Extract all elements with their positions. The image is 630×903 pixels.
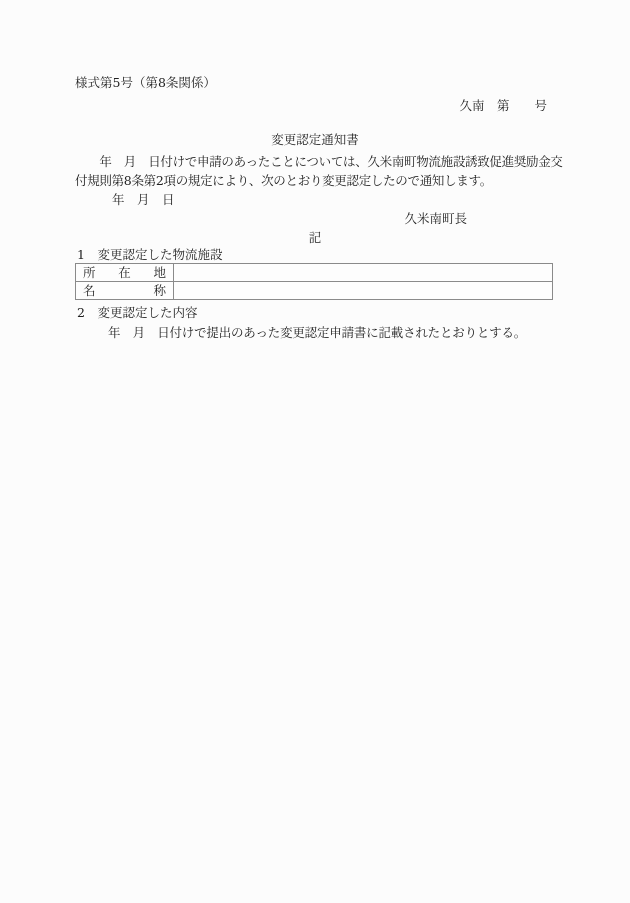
section1-heading: 1 変更認定した物流施設 xyxy=(77,248,222,262)
document-number-line: 久南 第 号 xyxy=(75,99,555,113)
location-label-cell: 所 在 地 xyxy=(76,264,174,282)
table-row-location: 所 在 地 xyxy=(76,264,553,282)
date-line: 年 月 日 xyxy=(112,193,175,207)
table-row-name: 名 称 xyxy=(76,282,553,300)
form-number-label: 様式第5号（第8条関係） xyxy=(75,76,216,90)
location-value-cell xyxy=(174,264,553,282)
name-value-cell xyxy=(174,282,553,300)
section2-body: 年 月 日付けで提出のあった変更認定申請書に記載されたとおりとする。 xyxy=(108,326,526,340)
facility-table: 所 在 地 名 称 xyxy=(75,263,553,300)
name-label-cell: 名 称 xyxy=(76,282,174,300)
document-page: 様式第5号（第8条関係） 久南 第 号 変更認定通知書 年 月 日付けで申請のあ… xyxy=(0,0,630,903)
section2-heading: 2 変更認定した内容 xyxy=(77,306,197,320)
body-paragraph-line-1: 年 月 日付けで申請のあったことについては、久米南町物流施設誘致促進奨励金交 xyxy=(75,155,563,169)
body-paragraph-line-2: 付規則第8条第2項の規定により、次のとおり変更認定したので通知します。 xyxy=(75,174,492,188)
separator-ki: 記 xyxy=(75,231,555,245)
signer-line: 久米南町長 xyxy=(75,212,555,226)
document-title: 変更認定通知書 xyxy=(75,133,555,147)
